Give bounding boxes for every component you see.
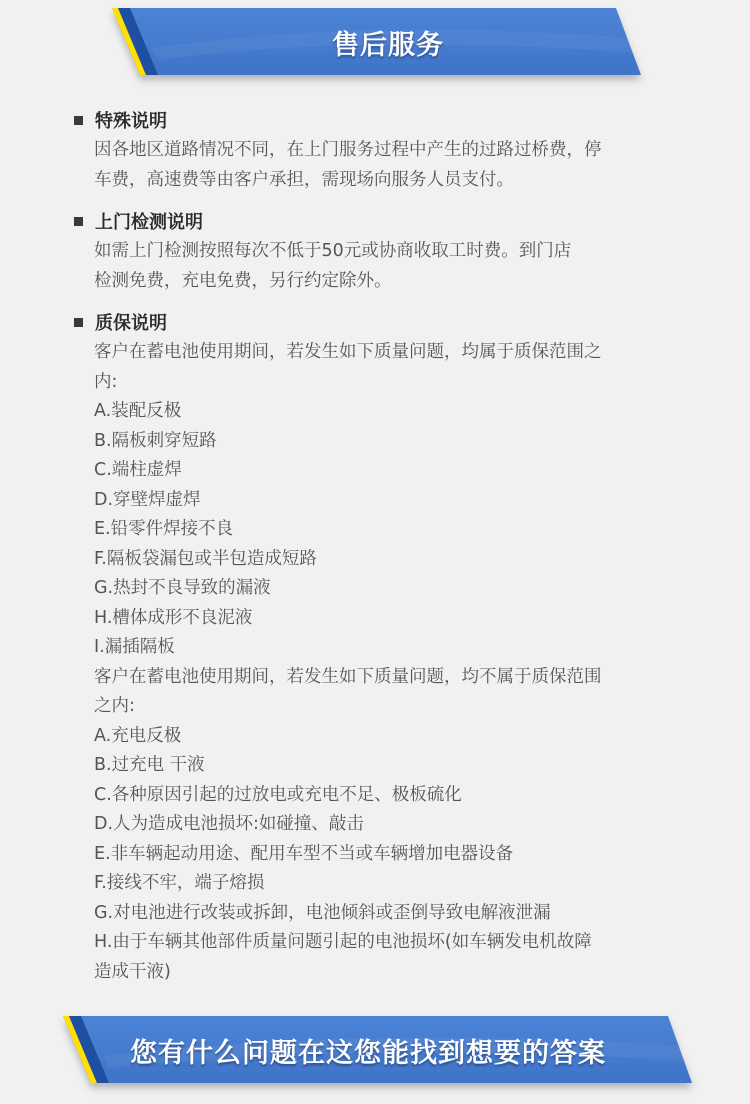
list-item: E.非车辆起动用途、配用车型不当或车辆增加电器设备 — [72, 840, 692, 870]
square-bullet-icon — [74, 116, 83, 125]
text-line: 之内: — [72, 692, 692, 722]
list-item: G.对电池进行改装或拆卸，电池倾斜或歪倒导致电解液泄漏 — [72, 899, 692, 929]
text-line: 车费，高速费等由客户承担，需现场向服务人员支付。 — [72, 166, 692, 196]
list-item: H.由于车辆其他部件质量问题引起的电池损坏(如车辆发电机故障 — [72, 928, 692, 958]
section-title: 特殊说明 — [95, 107, 167, 133]
section-title: 上门检测说明 — [95, 208, 203, 234]
text-line: 因各地区道路情况不同，在上门服务过程中产生的过路过桥费，停 — [72, 136, 692, 166]
list-item: F.隔板袋漏包或半包造成短路 — [72, 545, 692, 575]
list-item: C.端柱虚焊 — [72, 456, 692, 486]
list-item: F.接线不牢，端子熔损 — [72, 869, 692, 899]
square-bullet-icon — [74, 318, 83, 327]
footer-banner: 您有什么问题在这您能找到想要的答案 — [63, 1016, 693, 1084]
content-area: 特殊说明 因各地区道路情况不同，在上门服务过程中产生的过路过桥费，停 车费，高速… — [72, 104, 692, 997]
text-line: 如需上门检测按照每次不低于50元或协商收取工时费。到门店 — [72, 237, 692, 267]
list-item: I.漏插隔板 — [72, 633, 692, 663]
header-banner: 售后服务 — [112, 8, 642, 76]
text-line: 客户在蓄电池使用期间，若发生如下质量问题，均属于质保范围之 — [72, 338, 692, 368]
list-item: A.充电反极 — [72, 722, 692, 752]
list-item: G.热封不良导致的漏液 — [72, 574, 692, 604]
list-item: D.穿壁焊虚焊 — [72, 486, 692, 516]
text-line: 内: — [72, 368, 692, 398]
list-item: D.人为造成电池损坏:如碰撞、敲击 — [72, 810, 692, 840]
list-item: E.铅零件焊接不良 — [72, 515, 692, 545]
section-onsite-inspection: 上门检测说明 如需上门检测按照每次不低于50元或协商收取工时费。到门店 检测免费… — [72, 205, 692, 296]
banner-title: 售后服务 — [112, 8, 642, 76]
text-line: 客户在蓄电池使用期间，若发生如下质量问题，均不属于质保范围 — [72, 663, 692, 693]
square-bullet-icon — [74, 217, 83, 226]
section-special-notes: 特殊说明 因各地区道路情况不同，在上门服务过程中产生的过路过桥费，停 车费，高速… — [72, 104, 692, 195]
list-item: A.装配反极 — [72, 397, 692, 427]
section-title: 质保说明 — [95, 309, 167, 335]
list-item: B.隔板刺穿短路 — [72, 427, 692, 457]
list-item: H.槽体成形不良泥液 — [72, 604, 692, 634]
list-item: B.过充电 干液 — [72, 751, 692, 781]
list-item: C.各种原因引起的过放电或充电不足、极板硫化 — [72, 781, 692, 811]
section-warranty: 质保说明 客户在蓄电池使用期间，若发生如下质量问题，均属于质保范围之 内: A.… — [72, 306, 692, 987]
text-line: 检测免费，充电免费，另行约定除外。 — [72, 267, 692, 297]
text-line: 造成干液) — [72, 958, 692, 988]
banner-title: 您有什么问题在这您能找到想要的答案 — [63, 1016, 693, 1084]
